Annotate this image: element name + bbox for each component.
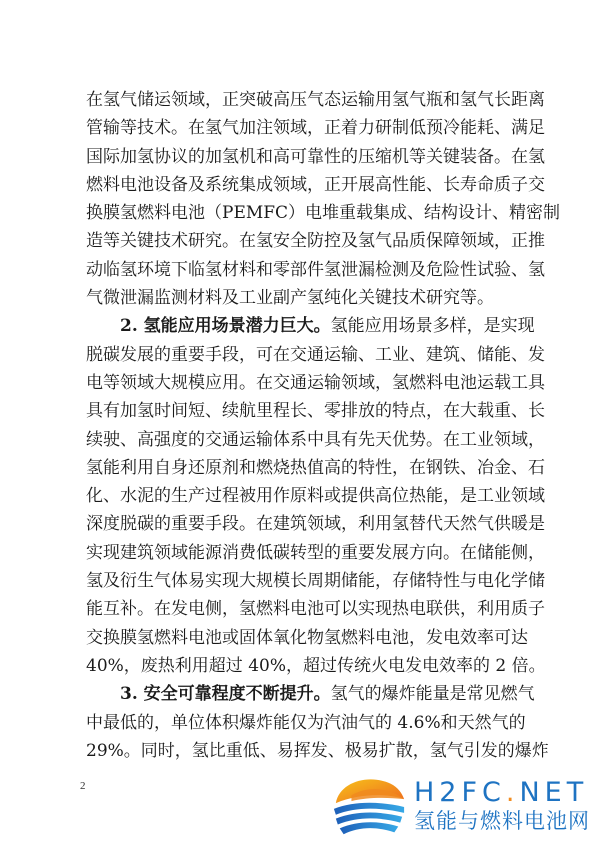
- text-line: 国际加氢协议的加氢机和高可靠性的压缩机等关键装备。在氢: [86, 143, 514, 171]
- text-line: 具有加氢时间短、续航里程长、零排放的特点，在大载重、长: [86, 397, 514, 425]
- h2fc-logo-icon: [330, 771, 408, 841]
- text-line: 续驶、高强度的交通运输体系中具有先天优势。在工业领域，: [86, 426, 514, 454]
- page-number: 2: [80, 780, 86, 792]
- watermark-subtitle: 氢能与燃料电池网: [414, 808, 590, 834]
- text-fragment: 氢气的爆炸能量是常见燃气: [331, 684, 535, 704]
- watermark-title-suffix: NET: [519, 777, 588, 808]
- text-line: 实现建筑领域能源消费低碳转型的重要发展方向。在储能侧，: [86, 539, 514, 567]
- text-line: 在氢气储运领域，正突破高压气态运输用氢气瓶和氢气长距离: [86, 86, 514, 114]
- text-line: 深度脱碳的重要手段。在建筑领域，利用氢替代天然气供暖是: [86, 510, 514, 538]
- text-line: 40%，废热利用超过 40%，超过传统火电发电效率的 2 倍。: [86, 652, 514, 680]
- document-body: 在氢气储运领域，正突破高压气态运输用氢气瓶和氢气长距离 管输等技术。在氢气加注领…: [86, 86, 514, 765]
- text-line: 化、水泥的生产过程被用作原料或提供高位热能，是工业领域: [86, 482, 514, 510]
- text-line: 管输等技术。在氢气加注领域，正着力研制低预冷能耗、满足: [86, 114, 514, 142]
- watermark: H2FC.NET 氢能与燃料电池网: [330, 768, 595, 843]
- watermark-text: H2FC.NET 氢能与燃料电池网: [414, 778, 590, 834]
- paragraph-start: 3. 安全可靠程度不断提升。氢气的爆炸能量是常见燃气: [86, 680, 514, 708]
- text-line: 氢能利用自身还原剂和燃烧热值高的特性，在钢铁、冶金、石: [86, 454, 514, 482]
- text-fragment: 氢能应用场景多样，是实现: [331, 316, 535, 336]
- text-line: 脱碳发展的重要手段，可在交通运输、工业、建筑、储能、发: [86, 341, 514, 369]
- watermark-title-prefix: H2FC: [414, 777, 506, 808]
- text-line: 29%。同时，氢比重低、易挥发、极易扩散，氢气引发的爆炸: [86, 737, 514, 765]
- section-heading: 2. 氢能应用场景潜力巨大。: [120, 316, 331, 336]
- text-line: 燃料电池设备及系统集成领域，正开展高性能、长寿命质子交: [86, 171, 514, 199]
- watermark-title-dot: .: [506, 777, 520, 808]
- text-line: 动临氢环境下临氢材料和零部件氢泄漏检测及危险性试验、氢: [86, 256, 514, 284]
- watermark-title: H2FC.NET: [414, 778, 590, 808]
- text-line: 电等领域大规模应用。在交通运输领域，氢燃料电池运载工具: [86, 369, 514, 397]
- text-line: 气微泄漏监测材料及工业副产氢纯化关键技术研究等。: [86, 284, 514, 312]
- text-line: 换膜氢燃料电池（PEMFC）电堆重载集成、结构设计、精密制: [86, 199, 514, 227]
- section-heading: 3. 安全可靠程度不断提升。: [120, 684, 331, 704]
- text-line: 造等关键技术研究。在氢安全防控及氢气品质保障领域，正推: [86, 227, 514, 255]
- text-line: 交换膜氢燃料电池或固体氧化物氢燃料电池，发电效率可达: [86, 624, 514, 652]
- text-line: 能互补。在发电侧，氢燃料电池可以实现热电联供，利用质子: [86, 595, 514, 623]
- text-line: 氢及衍生气体易实现大规模长周期储能，存储特性与电化学储: [86, 567, 514, 595]
- paragraph-start: 2. 氢能应用场景潜力巨大。氢能应用场景多样，是实现: [86, 312, 514, 340]
- text-line: 中最低的，单位体积爆炸能仅为汽油气的 4.6%和天然气的: [86, 709, 514, 737]
